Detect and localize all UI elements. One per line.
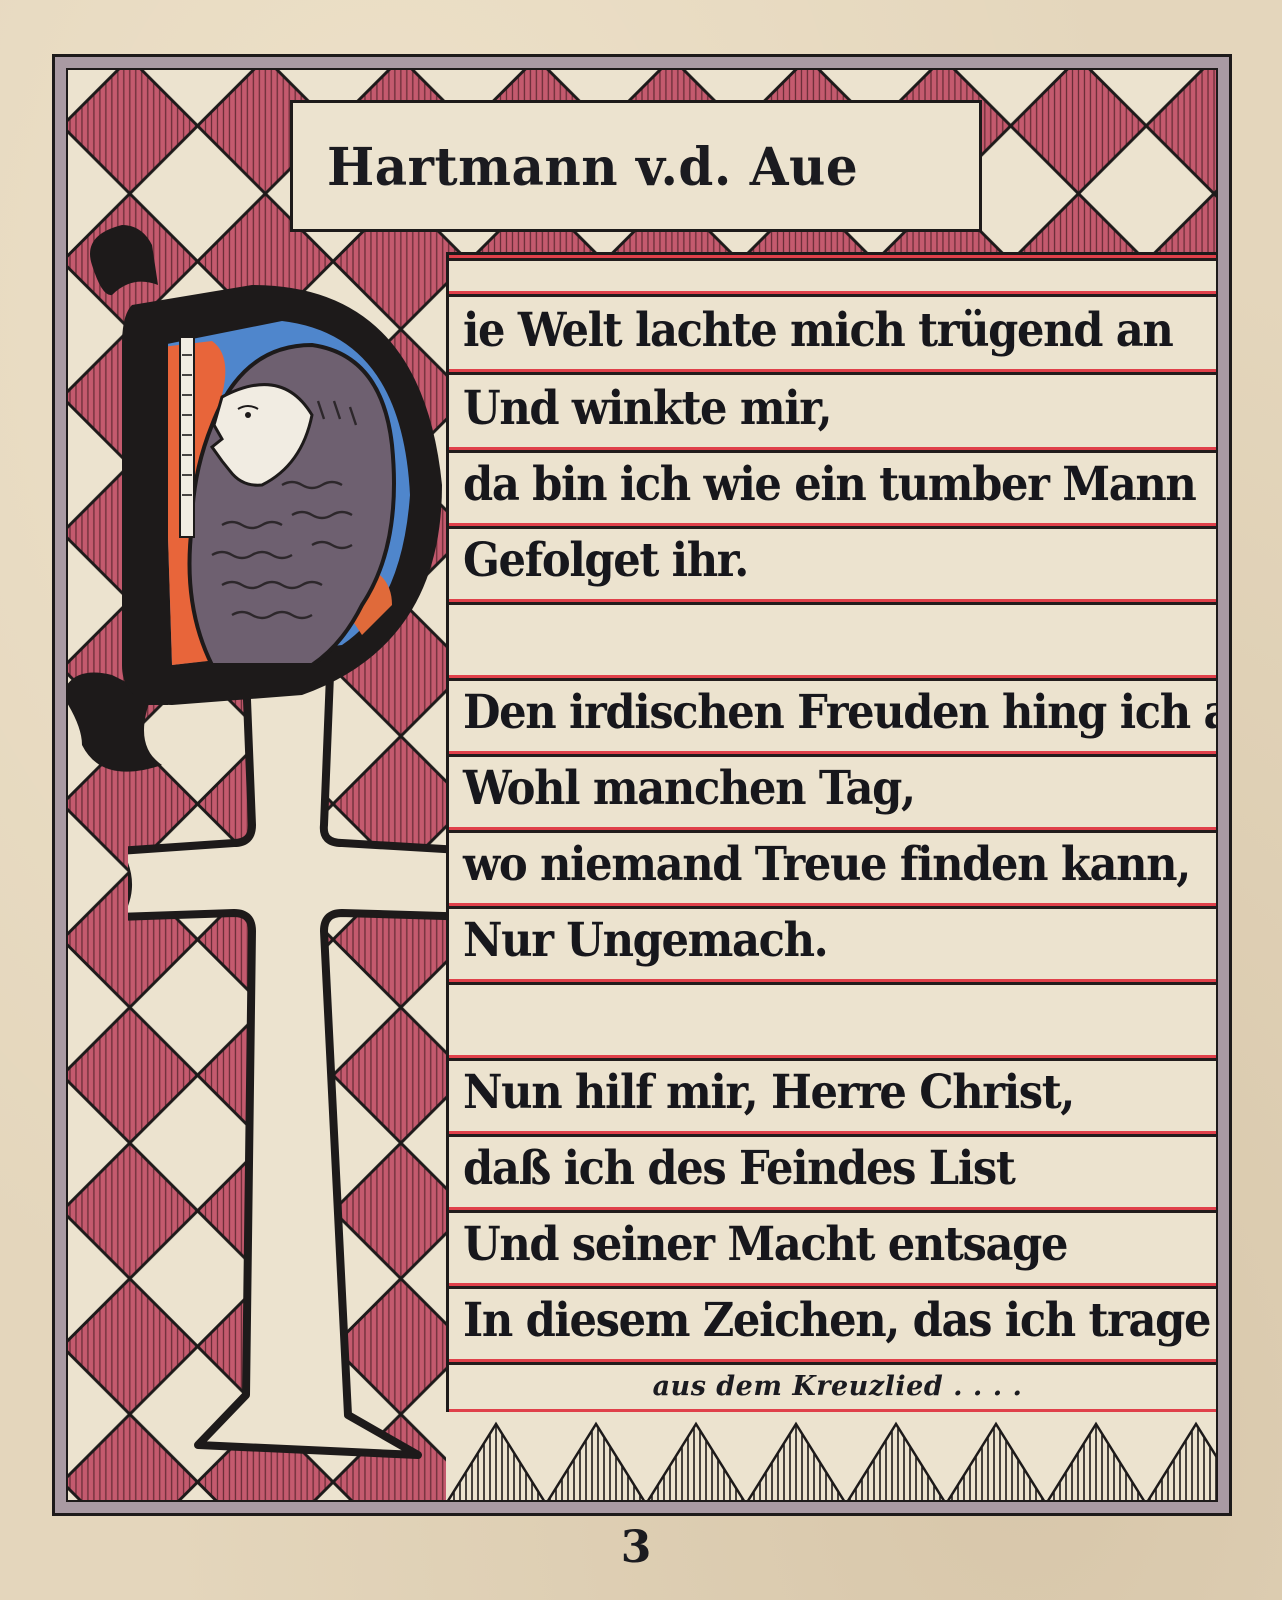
verse-line: Nun hilf mir, Herre Christ, (463, 1069, 1159, 1116)
triangle-border-strip (446, 1412, 1218, 1502)
verse-line: Und seiner Macht entsage (463, 1221, 1159, 1268)
ruled-line (449, 751, 1218, 758)
verse-line: daß ich des Feindes List (463, 1145, 1159, 1192)
ruled-line (449, 1359, 1218, 1366)
verse-line: Den irdischen Freuden hing ich an (463, 689, 1159, 736)
illuminated-initial-d (66, 225, 452, 785)
decorated-border: Hartmann v.d. Aue (66, 68, 1218, 1502)
ruled-line (449, 979, 1218, 986)
verse-line: ie Welt lachte mich trügend an (463, 307, 1159, 354)
verse-line: da bin ich wie ein tumber Mann (463, 461, 1159, 508)
ruled-line (449, 1283, 1218, 1290)
page-number: 3 (606, 1522, 666, 1573)
page-title: Hartmann v.d. Aue (293, 135, 858, 197)
verse-line: Gefolget ihr. (463, 537, 1159, 584)
poem-panel: ie Welt lachte mich trügend an Und winkt… (446, 252, 1218, 1412)
title-cartouche: Hartmann v.d. Aue (290, 100, 982, 232)
ruled-line (449, 903, 1218, 910)
ruled-line (449, 827, 1218, 834)
ruled-line (449, 1207, 1218, 1214)
verse-line: Und winkte mir, (463, 385, 1159, 432)
verse-line: In diesem Zeichen, das ich trage (463, 1297, 1159, 1344)
verse-line: Wohl manchen Tag, (463, 765, 1159, 812)
ruled-line (449, 675, 1218, 682)
ruled-line (449, 1055, 1218, 1062)
ruled-line (449, 255, 1218, 262)
source-caption: aus dem Kreuzlied . . . . (449, 1371, 1218, 1402)
ruled-line (449, 599, 1218, 606)
ruled-line (449, 1131, 1218, 1138)
ruled-line (449, 447, 1218, 454)
verse-line: Nur Ungemach. (463, 917, 1159, 964)
verse-line: wo niemand Treue finden kann, (463, 841, 1159, 888)
ruled-line (449, 523, 1218, 530)
ruled-line (449, 291, 1218, 298)
ruled-line (449, 369, 1218, 376)
